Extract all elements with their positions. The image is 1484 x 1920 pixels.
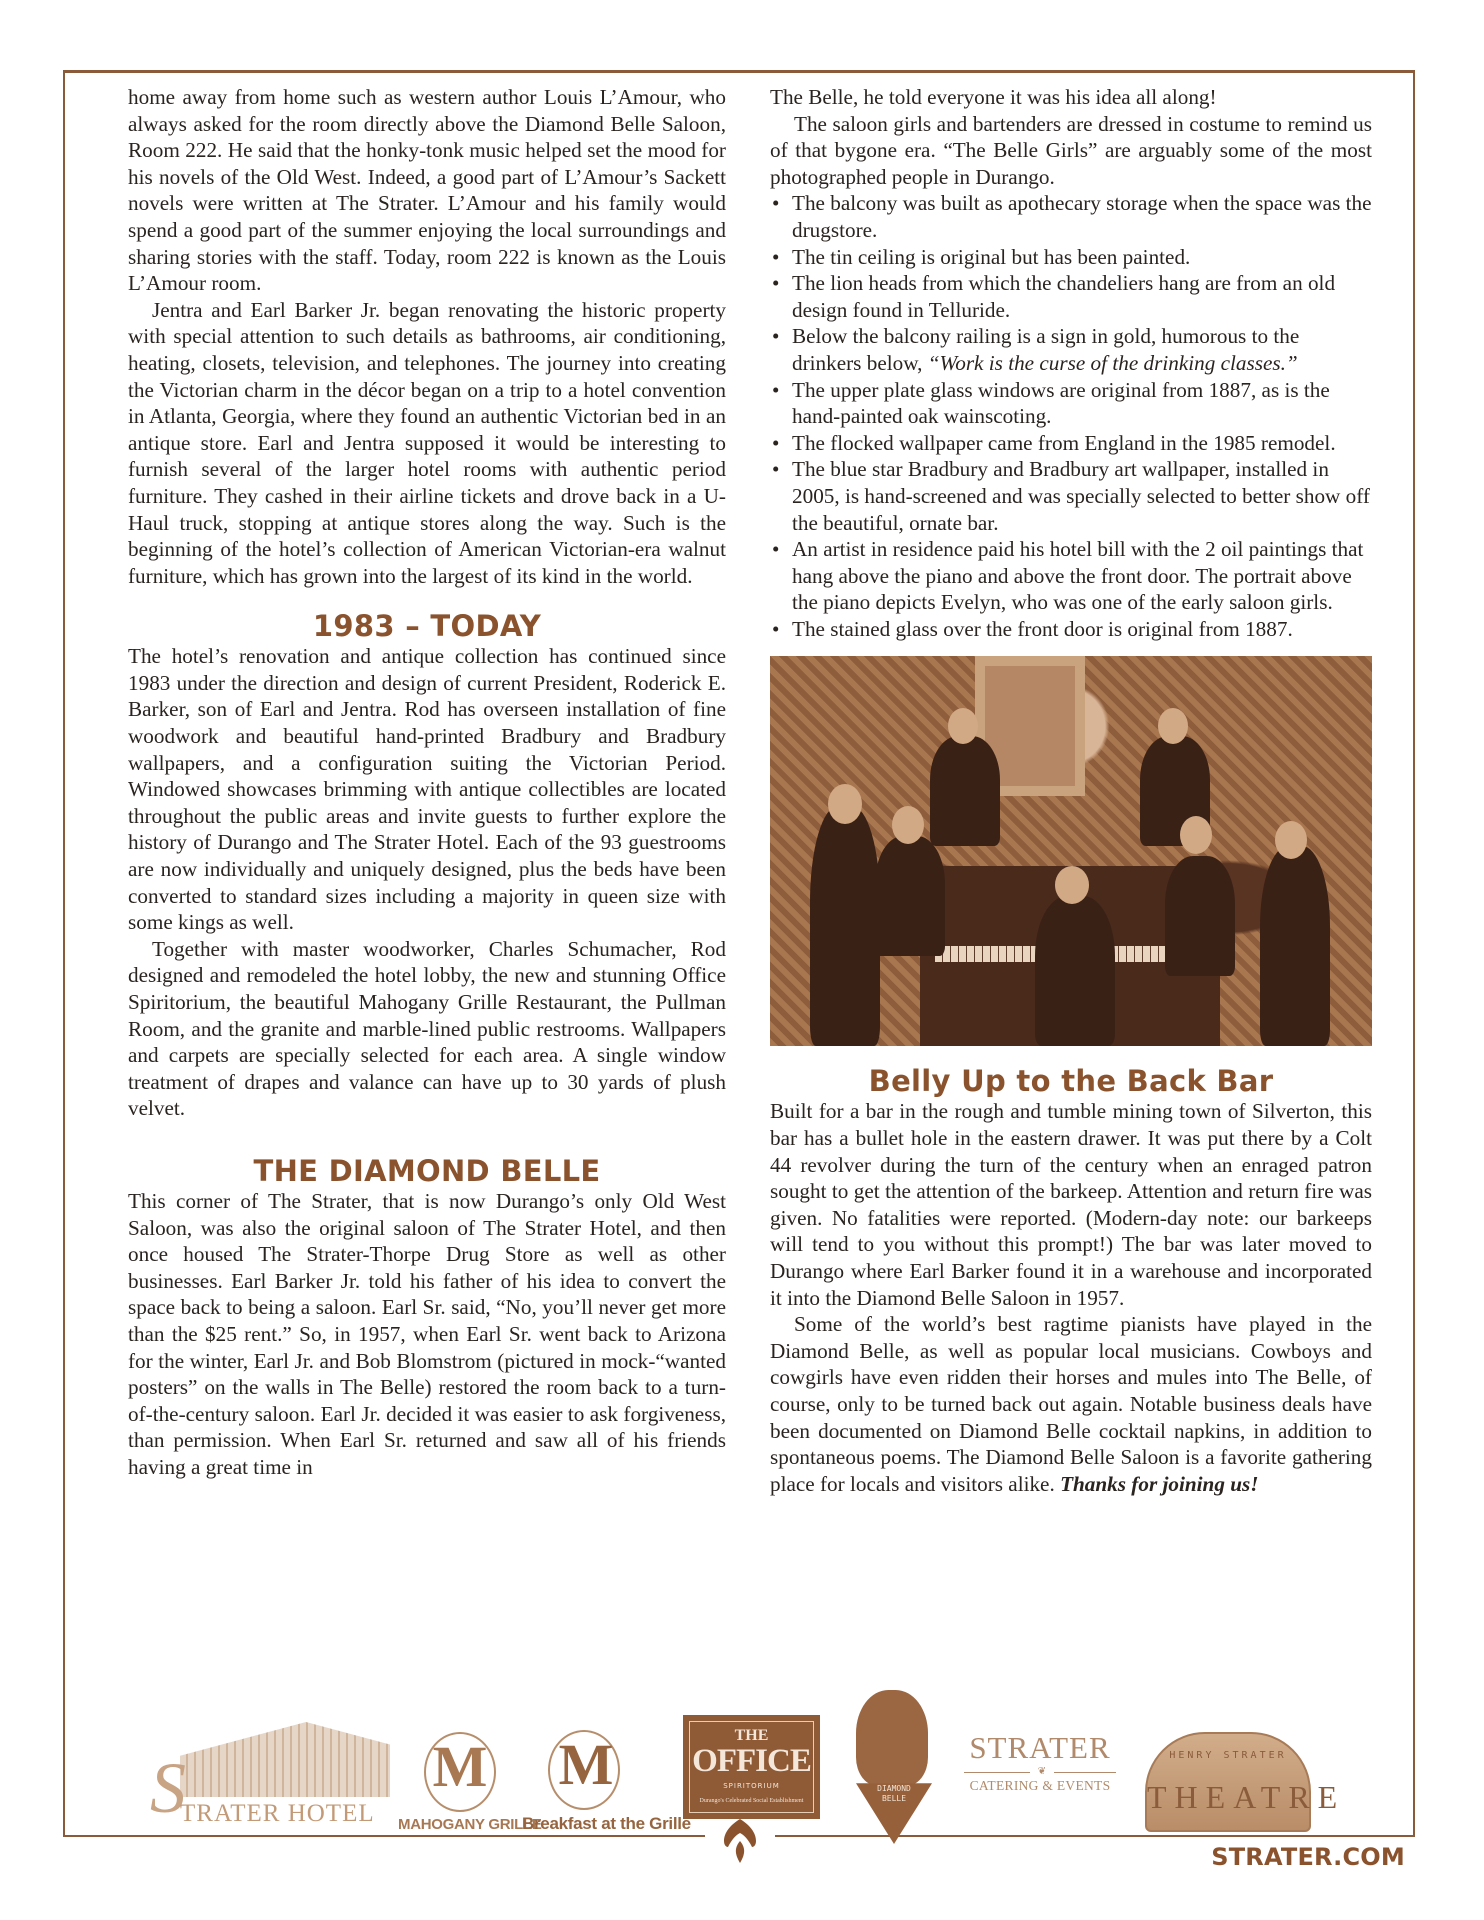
heading-diamond-belle: THE DIAMOND BELLE <box>128 1154 726 1188</box>
closing-line: Thanks for joining us! <box>1060 1472 1258 1496</box>
head <box>1180 816 1212 854</box>
office-spiritorium-logo[interactable]: THE OFFICE SPIRITORIUM Durango's Celebra… <box>683 1715 820 1819</box>
fact-item: An artist in residence paid his hotel bi… <box>770 536 1372 616</box>
saloon-girl-illustration-icon <box>856 1690 928 1786</box>
hotel-building-icon <box>180 1722 390 1797</box>
bartender-left <box>810 806 880 1046</box>
mahogany-grille-logo[interactable]: M MAHOGANY GRILLE <box>406 1732 514 1832</box>
paragraph-1983-a: The hotel’s renovation and antique colle… <box>128 643 726 936</box>
costume-paragraph: The saloon girls and bartenders are dres… <box>770 111 1372 191</box>
fact-item: The stained glass over the front door is… <box>770 616 1372 643</box>
belle-girls-photo <box>770 656 1372 1046</box>
paragraph-1983-b: Together with master woodworker, Charles… <box>128 936 726 1122</box>
paragraph-diamond-belle: This corner of The Strater, that is now … <box>128 1188 726 1481</box>
belle-girl <box>930 736 1000 846</box>
heading-1983-today: 1983 – TODAY <box>128 609 726 643</box>
continuation-line: The Belle, he told everyone it was his i… <box>770 84 1372 111</box>
heading-back-bar: Belly Up to the Back Bar <box>770 1064 1372 1098</box>
intro-paragraph: home away from home such as western auth… <box>128 84 726 297</box>
fact-item: The balcony was built as apothecary stor… <box>770 190 1372 243</box>
strater-catering-logo[interactable]: STRATER ❦ CATERING & EVENTS <box>960 1730 1120 1810</box>
belle-girl <box>1165 856 1235 976</box>
renovation-paragraph: Jentra and Earl Barker Jr. began renovat… <box>128 297 726 590</box>
back-bar-paragraph: Built for a bar in the rough and tumble … <box>770 1098 1372 1311</box>
right-column: The Belle, he told everyone it was his i… <box>770 84 1372 1497</box>
ragtime-paragraph: Some of the world’s best ragtime pianist… <box>770 1311 1372 1497</box>
breakfast-at-the-grille-logo[interactable]: M Breakfast at the Grille <box>530 1730 642 1830</box>
fact-item: The lion heads from which the chandelier… <box>770 270 1372 323</box>
left-column: home away from home such as western auth… <box>128 84 726 1481</box>
fact-item: The tin ceiling is original but has been… <box>770 244 1372 271</box>
strater-hotel-logo[interactable]: S TRATER HOTEL <box>150 1722 400 1832</box>
belle-facts-list: The balcony was built as apothecary stor… <box>770 190 1372 642</box>
diamond-belle-logo[interactable]: DIAMONDBELLE <box>838 1690 946 1840</box>
henry-strater-theatre-logo[interactable]: HENRY STRATER THEATRE <box>1145 1732 1311 1832</box>
fact-item: The upper plate glass windows are origin… <box>770 377 1372 430</box>
brand-logos-row: S TRATER HOTEL M MAHOGANY GRILLE M Break… <box>150 1712 1320 1832</box>
pianist <box>1035 896 1115 1046</box>
flourish-divider-icon: ❦ <box>964 1766 1116 1778</box>
fact-item: The flocked wallpaper came from England … <box>770 430 1372 457</box>
bartender-right <box>1260 846 1330 1046</box>
fact-item: The blue star Bradbury and Bradbury art … <box>770 456 1372 536</box>
website-link[interactable]: STRATER.COM <box>1165 1843 1405 1871</box>
fact-item: Below the balcony railing is a sign in g… <box>770 323 1372 376</box>
leaf-ornament-icon <box>720 1817 760 1865</box>
belle-girl <box>875 836 945 956</box>
sign-quote: “Work is the curse of the drinking class… <box>928 351 1298 375</box>
